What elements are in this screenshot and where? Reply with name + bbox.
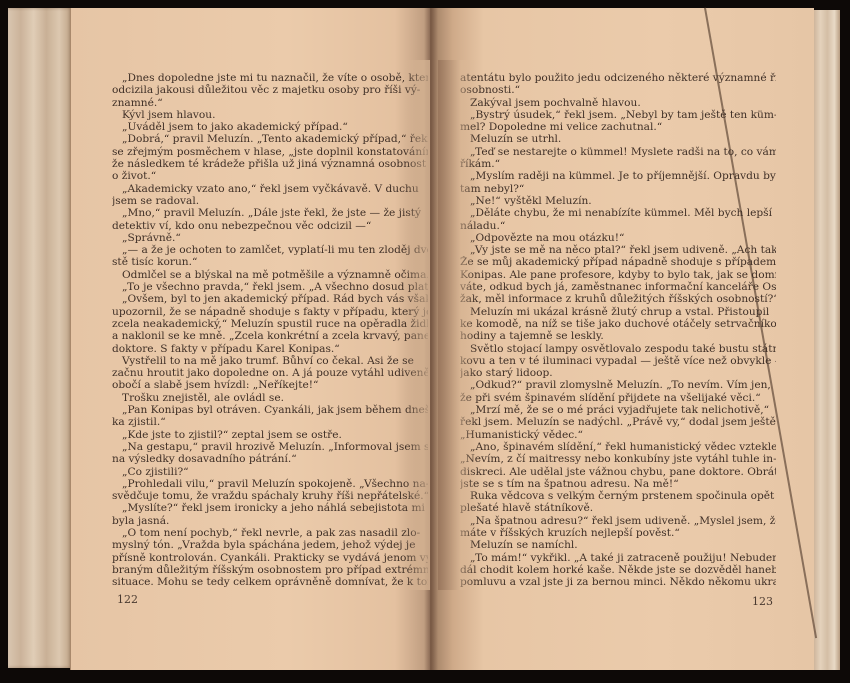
- text-line: přísně kontrolován. Cyankáli. Prakticky …: [112, 552, 428, 564]
- text-line: svědčuje tomu, že vraždu spáchaly kruhy …: [112, 490, 428, 502]
- text-line: že následkem té krádeže přišla už jiná v…: [112, 158, 428, 170]
- text-line: „Na gestapu,“ pravil hrozivě Meluzín. „I…: [112, 441, 428, 453]
- text-line: zcela neakademický,“ Meluzín spustil ruc…: [112, 318, 428, 330]
- text-line: diskreci. Ale udělal jste vážnou chybu, …: [460, 466, 776, 478]
- text-line: „Nevím, z čí maitressy nebo konkubíny js…: [460, 453, 776, 465]
- text-line: „Mno,“ pravil Meluzín. „Dále jste řekl, …: [112, 207, 428, 219]
- text-line: Trošku znejistěl, ale ovládl se.: [112, 392, 428, 404]
- text-line: jste se s tím na špatnou adresu. Na mě!“: [460, 478, 776, 490]
- text-line: a naklonil se ke mně. „Zcela konkrétní a…: [112, 330, 428, 342]
- text-line: máte v říšských kruzích nejlepší pověst.…: [460, 527, 776, 539]
- text-line: znamné.“: [112, 97, 428, 109]
- text-line: Světlo stojací lampy osvětlovalo zespodu…: [460, 343, 776, 355]
- text-line: váte, odkud bych já, zaměstnanec informa…: [460, 281, 776, 293]
- text-line: Meluzín mi ukázal krásně žlutý chrup a v…: [460, 306, 776, 318]
- text-line: říkám.“: [460, 158, 776, 170]
- text-line: Že se můj akademický případ nápadně shod…: [460, 256, 776, 268]
- text-line: „Ano, špinavém slídění,“ řekl humanistic…: [460, 441, 776, 453]
- text-line: osobnosti.“: [460, 84, 776, 96]
- text-line: „Kde jste to zjistil?“ zeptal jsem se os…: [112, 429, 428, 441]
- text-line: „Na špatnou adresu?“ řekl jsem udiveně. …: [460, 515, 776, 527]
- text-line: Meluzín se namíchl.: [460, 539, 776, 551]
- text-line: o život.“: [112, 170, 428, 182]
- text-line: Kývl jsem hlavou.: [112, 109, 428, 121]
- text-line: řekl jsem. Meluzín se nadýchl. „Právě vy…: [460, 416, 776, 428]
- text-line: „Teď se nestarejte o kümmel! Myslete rad…: [460, 146, 776, 158]
- text-line: Ruka vědcova s velkým černým prstenem sp…: [460, 490, 776, 502]
- text-line: „Pan Konipas byl otráven. Cyankáli, jak …: [112, 404, 428, 416]
- text-line: že při svém špinavém slídění přijdete na…: [460, 392, 776, 404]
- text-line: „To je všechno pravda,“ řekl jsem. „A vš…: [112, 281, 428, 293]
- text-line: Odmlčel se a blýskal na mě potměšile a v…: [112, 269, 428, 281]
- text-line: „Správně.“: [112, 232, 428, 244]
- text-line: Konipas. Ale pane profesore, kdyby to by…: [460, 269, 776, 281]
- right-page-block-edge: [812, 10, 840, 670]
- text-line: myslný tón. „Vražda byla spáchána jedem,…: [112, 539, 428, 551]
- text-line: doktore. S fakty v případu Karel Konipas…: [112, 343, 428, 355]
- text-line: hodiny a tajemně se leskly.: [460, 330, 776, 342]
- text-line: dál chodit kolem horké kaše. Někde jste …: [460, 564, 776, 576]
- text-line: mel? Dopoledne mi velice zachutnal.“: [460, 121, 776, 133]
- text-line: „Uváděl jsem to jako akademický případ.“: [112, 121, 428, 133]
- text-line: „Ne!“ vyštěkl Meluzín.: [460, 195, 776, 207]
- text-line: „Děláte chybu, že mi nenabízíte kümmel. …: [460, 207, 776, 219]
- text-line: upozornil, že se nápadně shoduje s fakty…: [112, 306, 428, 318]
- text-line: „Mrzí mě, že se o mé práci vyjadřujete t…: [460, 404, 776, 416]
- text-line: „Myslíte?“ řekl jsem ironicky a jeho náh…: [112, 502, 428, 514]
- text-line: „— a že je ochoten to zamlčet, vyplatí-l…: [112, 244, 428, 256]
- text-line: „Dnes dopoledne jste mi tu naznačil, že …: [112, 72, 428, 84]
- text-line: „Odpovězte na mou otázku!“: [460, 232, 776, 244]
- text-line: „Ovšem, byl to jen akademický případ. Rá…: [112, 293, 428, 305]
- text-line: atentátu bylo použito jedu odcizeného ně…: [460, 72, 776, 84]
- text-line: „Odkud?“ pravil zlomyslně Meluzín. „To n…: [460, 379, 776, 391]
- text-line: obočí a slabě jsem hvízdl: „Neříkejte!“: [112, 379, 428, 391]
- text-line: „Vy jste se mě na něco ptal?“ řekl jsem …: [460, 244, 776, 256]
- right-page-text: atentátu bylo použito jedu odcizeného ně…: [460, 72, 776, 588]
- text-line: na výsledky dosavadního pátrání.“: [112, 453, 428, 465]
- text-line: začnu hroutit jako dopoledne on. A já po…: [112, 367, 428, 379]
- text-line: jsem se radoval.: [112, 195, 428, 207]
- text-line: odcizila jakousi důležitou věc z majetku…: [112, 84, 428, 96]
- text-line: Vystřelil to na mě jako trumf. Bůhví co …: [112, 355, 428, 367]
- text-line: „Prohledali vilu,“ pravil Meluzín spokoj…: [112, 478, 428, 490]
- text-line: „Bystrý úsudek,“ řekl jsem. „Nebyl by ta…: [460, 109, 776, 121]
- text-line: „Akademicky vzato ano,“ řekl jsem vyčkáv…: [112, 183, 428, 195]
- text-line: plešaté hlavě státníkově.: [460, 502, 776, 514]
- text-line: tam nebyl?“: [460, 183, 776, 195]
- text-line: kovu a ten v té iluminaci vypadal — ješt…: [460, 355, 776, 367]
- text-line: „Dobrá,“ pravil Meluzín. „Tento akademic…: [112, 133, 428, 145]
- text-line: braným důležitým říšským osobnostem pro …: [112, 564, 428, 576]
- text-line: stě tisíc korun.“: [112, 256, 428, 268]
- left-page-block-edge: [8, 8, 72, 668]
- text-line: pomluvu a vzal jste ji za bernou minci. …: [460, 576, 776, 588]
- text-line: „Myslím raději na kümmel. Je to příjemně…: [460, 170, 776, 182]
- open-book: „Dnes dopoledne jste mi tu naznačil, že …: [0, 0, 850, 683]
- text-line: se zřejmým posměchem v hlase, „jste dopl…: [112, 146, 428, 158]
- text-line: „Humanistický vědec.“: [460, 429, 776, 441]
- text-line: „O tom není pochyb,“ řekl nevrle, a pak …: [112, 527, 428, 539]
- text-line: náladu.“: [460, 220, 776, 232]
- text-line: jako starý lidoop.: [460, 367, 776, 379]
- text-line: byla jasná.: [112, 515, 428, 527]
- text-line: situace. Mohu se tedy celkem oprávněně d…: [112, 576, 428, 588]
- text-line: „Co zjistili?“: [112, 466, 428, 478]
- page-number-left: 122: [117, 593, 138, 606]
- text-line: detektiv ví, kdo onu nebezpečnou věc odc…: [112, 220, 428, 232]
- text-line: Zakýval jsem pochvalně hlavou.: [460, 97, 776, 109]
- text-line: Meluzín se utrhl.: [460, 133, 776, 145]
- text-line: žak, měl informace z kruhů důležitých ří…: [460, 293, 776, 305]
- text-line: ke komodě, na níž se tiše jako duchové o…: [460, 318, 776, 330]
- page-number-right: 123: [752, 595, 773, 608]
- text-line: „To mám!“ vykřikl. „A také ji zatraceně …: [460, 552, 776, 564]
- left-page-text: „Dnes dopoledne jste mi tu naznačil, že …: [112, 72, 428, 588]
- text-line: ka zjistil.“: [112, 416, 428, 428]
